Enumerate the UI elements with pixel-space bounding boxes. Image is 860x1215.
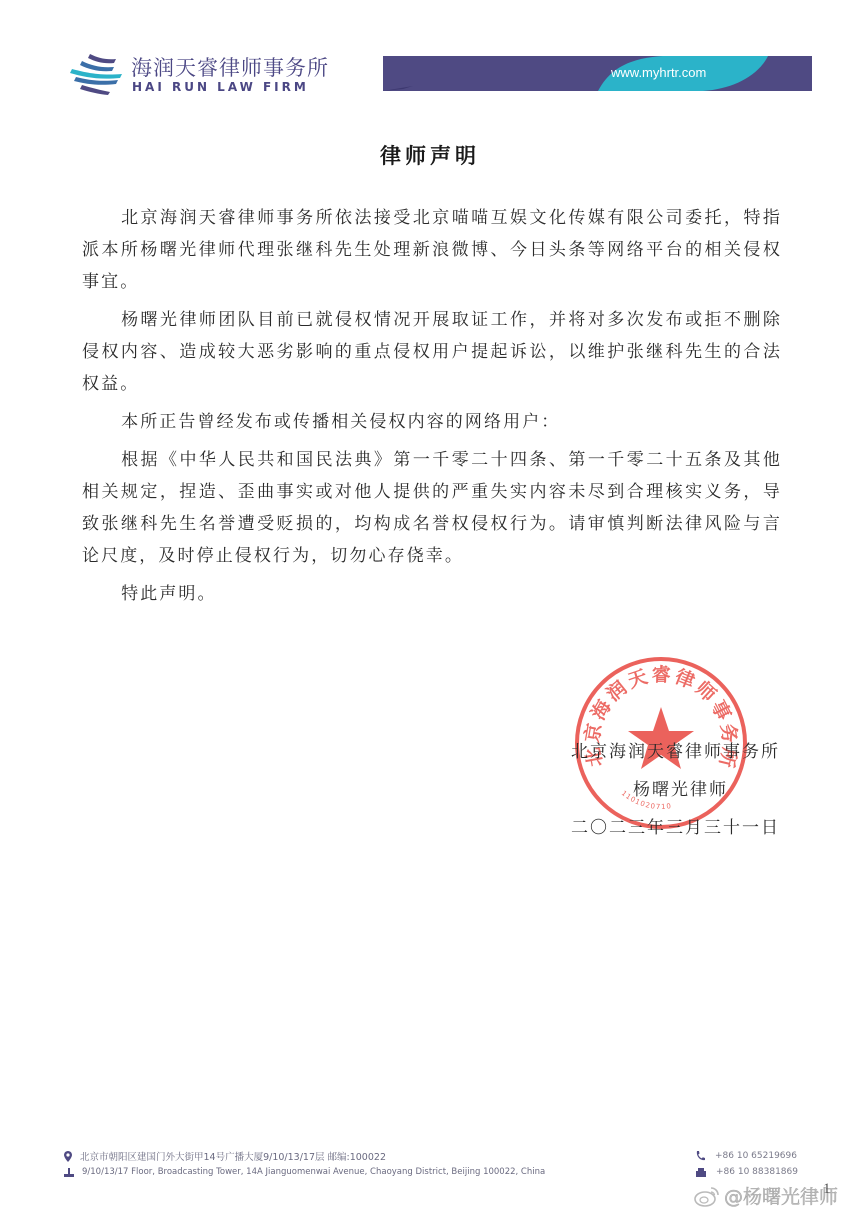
address-en: 9/10/13/17 Floor, Broadcasting Tower, 14…: [82, 1167, 545, 1177]
paragraph-warning-intro: 本所正告曾经发布或传播相关侵权内容的网络用户：: [82, 406, 782, 438]
weibo-watermark: @杨曙光律师: [694, 1182, 838, 1209]
watermark-text: @杨曙光律师: [724, 1182, 838, 1209]
firm-name-en: HAI RUN LAW FIRM: [132, 80, 309, 94]
location-pin-icon: [64, 1151, 72, 1162]
signature-organization: 北京海润天睿律师事务所: [571, 737, 780, 762]
paragraph-closing: 特此声明。: [82, 578, 782, 610]
footer-contact: +86 10 65219696 +86 10 88381869: [696, 1148, 798, 1180]
fax-number: +86 10 88381869: [716, 1167, 798, 1177]
firm-logo-icon: [68, 50, 124, 96]
address-cn: 北京市朝阳区建国门外大街甲14号广播大厦9/10/13/17层 邮编:10002…: [80, 1149, 386, 1163]
paragraph-commission: 北京海润天睿律师事务所依法接受北京喵喵互娱文化传媒有限公司委托，特指派本所杨曙光…: [82, 202, 782, 298]
phone-number: +86 10 65219696: [715, 1151, 797, 1161]
signature-date: 二〇二三年三月三十一日: [571, 813, 780, 838]
paragraph-evidence: 杨曙光律师团队目前已就侵权情况开展取证工作，并将对多次发布或拒不删除侵权内容、造…: [82, 304, 782, 400]
fax-icon: [696, 1168, 706, 1177]
signature-lawyer: 杨曙光律师: [633, 775, 728, 800]
footer-address: 北京市朝阳区建国门外大街甲14号广播大厦9/10/13/17层 邮编:10002…: [64, 1148, 545, 1180]
document-body: 北京海润天睿律师事务所依法接受北京喵喵互娱文化传媒有限公司委托，特指派本所杨曙光…: [82, 202, 782, 616]
header-banner: www.myhrtr.com: [383, 56, 812, 91]
phone-icon: [696, 1151, 705, 1161]
banner-swoosh-icon: [383, 56, 812, 91]
firm-name-cn: 海润天睿律师事务所: [131, 52, 329, 82]
firm-website: www.myhrtr.com: [611, 65, 706, 80]
building-icon: [64, 1168, 74, 1177]
document-title: 律师声明: [0, 140, 860, 170]
page-number: 1: [823, 1181, 831, 1198]
weibo-logo-icon: [694, 1185, 720, 1207]
paragraph-legal-basis: 根据《中华人民共和国民法典》第一千零二十四条、第一千零二十五条及其他相关规定，捏…: [82, 444, 782, 572]
